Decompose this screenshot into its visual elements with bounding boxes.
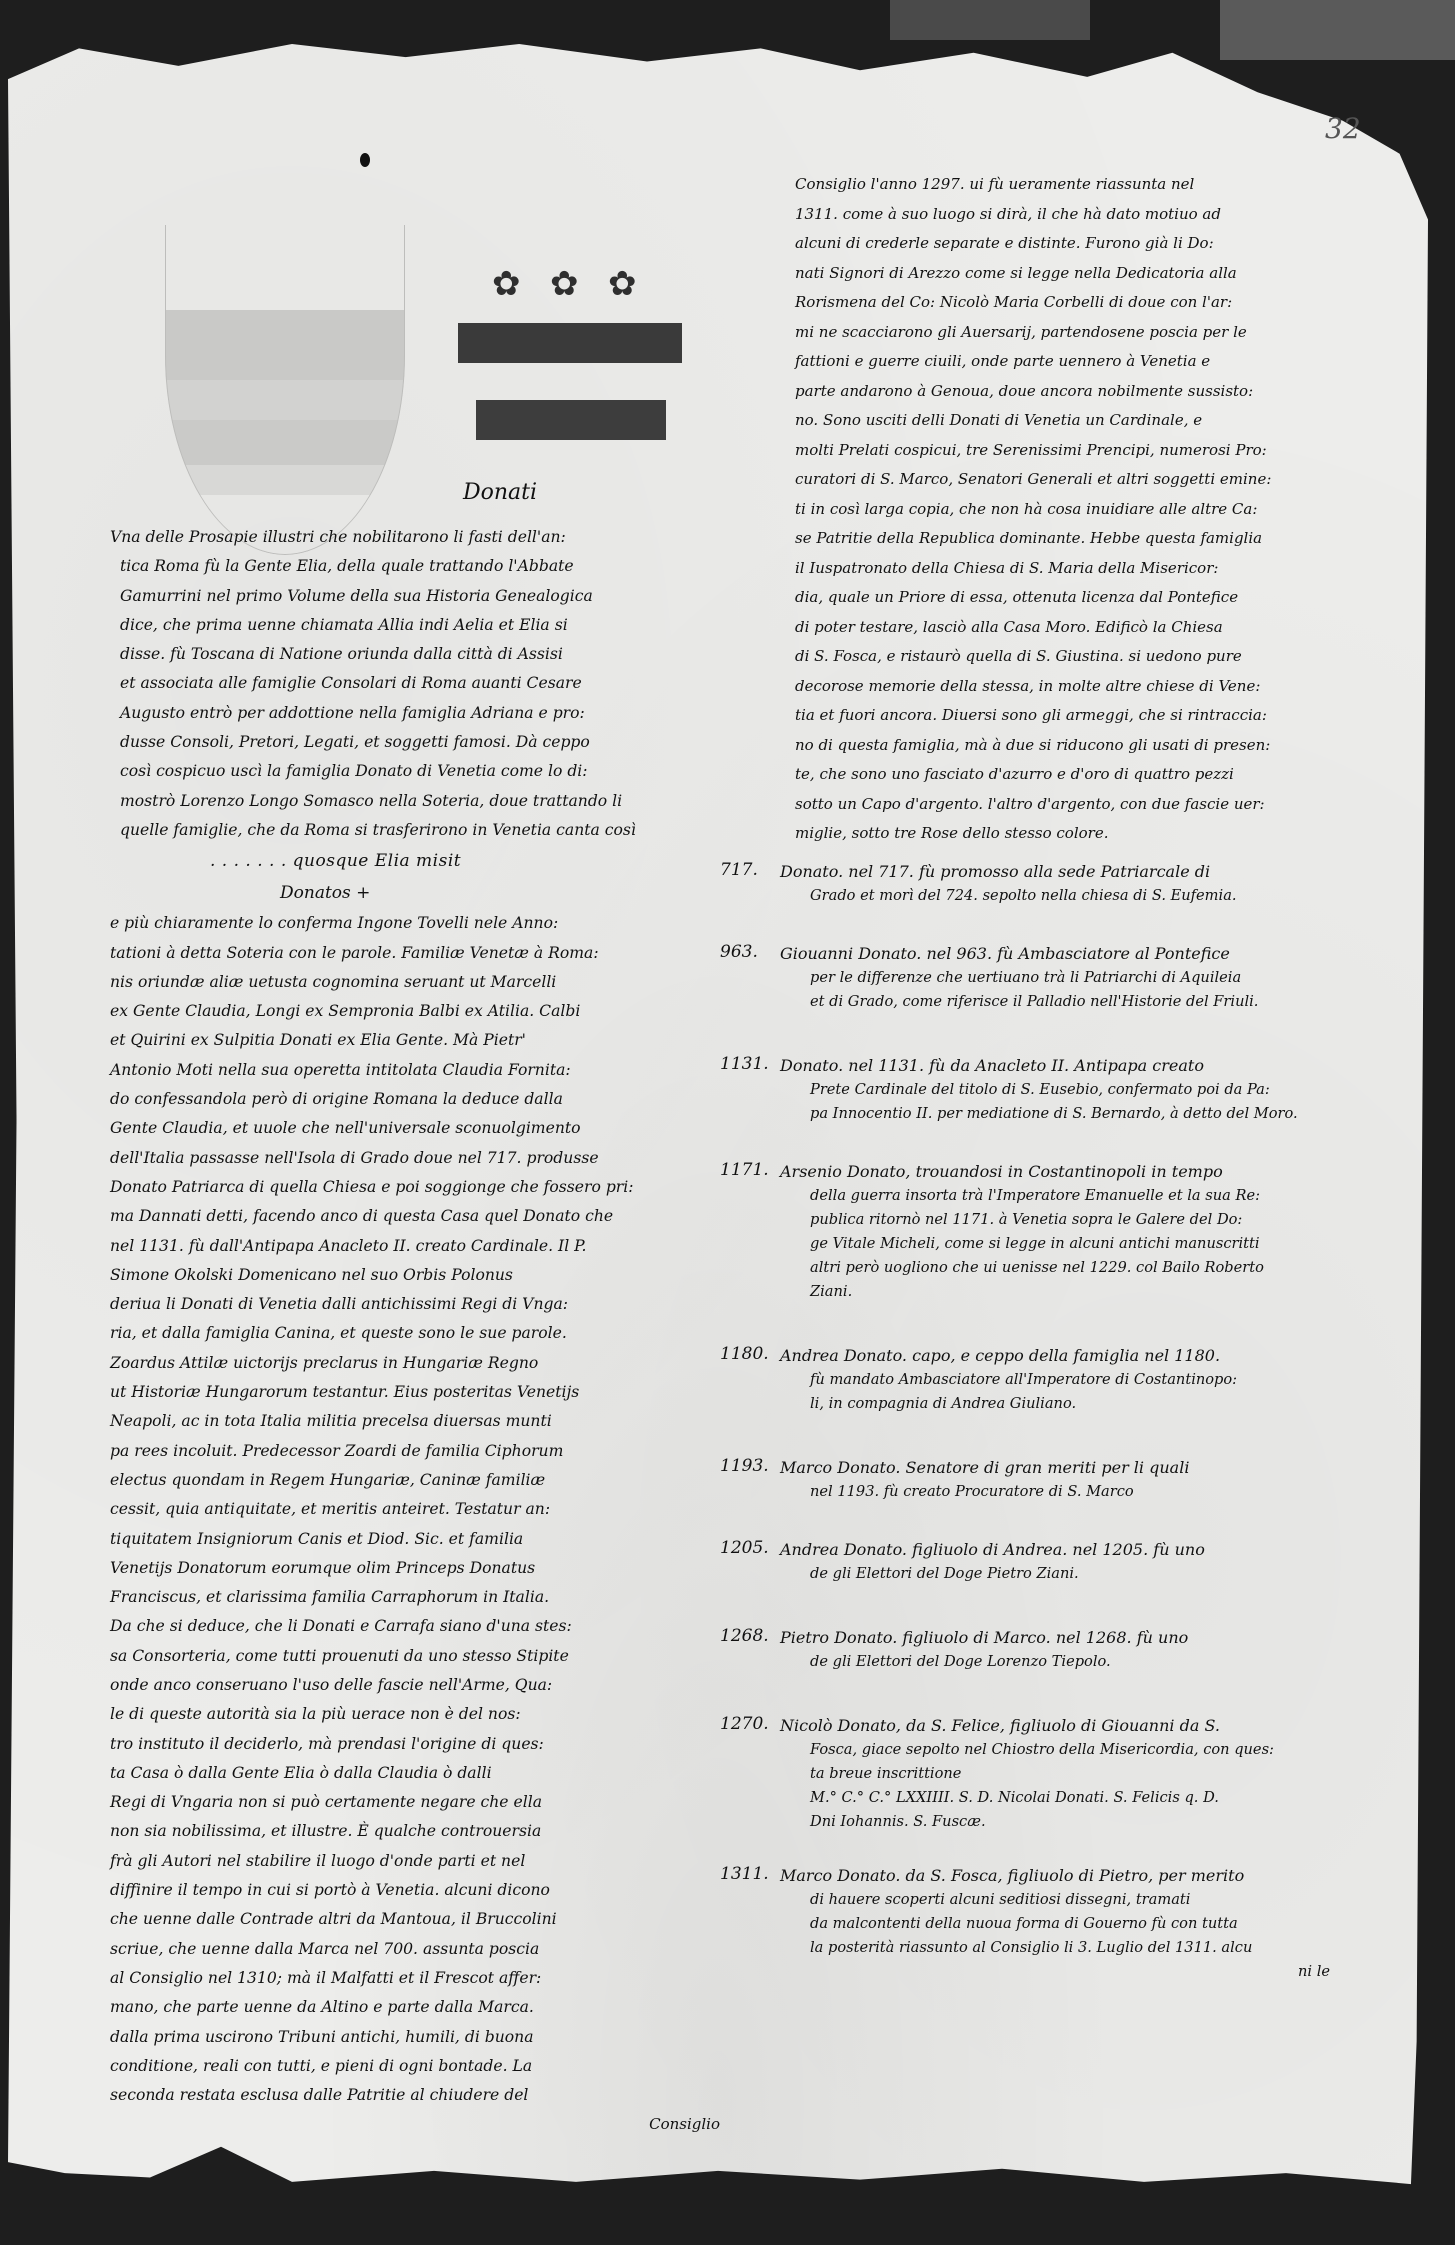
entry-line: della guerra insorta trà l'Imperatore Em… [780, 1184, 1400, 1208]
entry-line: Giouanni Donato. nel 963. fù Ambasciator… [780, 942, 1400, 966]
entry-line: Andrea Donato. capo, e ceppo della famig… [780, 1344, 1400, 1368]
text-line: quelle famiglie, che da Roma si trasferi… [110, 816, 770, 845]
text-line: fattioni e guerre ciuili, onde parte uen… [795, 347, 1375, 377]
text-line: non sia nobilissima, et illustre. È qual… [110, 1817, 770, 1846]
text-line: Rorismena del Co: Nicolò Maria Corbelli … [795, 288, 1375, 318]
entry-line: ge Vitale Micheli, come si legge in alcu… [780, 1232, 1400, 1256]
text-line: tationi à detta Soteria con le parole. F… [110, 939, 770, 968]
entry-body: Marco Donato. da S. Fosca, figliuolo di … [780, 1864, 1400, 1984]
entry-1268: 1268. Pietro Donato. figliuolo di Marco.… [720, 1626, 1400, 1674]
text-line: Venetijs Donatorum eorumque olim Princep… [110, 1554, 770, 1583]
shield-fess [458, 323, 682, 363]
text-line: al Consiglio nel 1310; mà il Malfatti et… [110, 1964, 770, 1993]
inscription-line: M.° C.° C.° LXXIIII. S. D. Nicolai Donat… [780, 1786, 1400, 1810]
verse-quote: Donatos + [110, 877, 770, 909]
text-line: no di questa famiglia, mà à due si riduc… [795, 731, 1375, 761]
entry-body: Arsenio Donato, trouandosi in Costantino… [780, 1160, 1400, 1304]
entry-1171: 1171. Arsenio Donato, trouandosi in Cost… [720, 1160, 1400, 1304]
entry-body: Nicolò Donato, da S. Felice, figliuolo d… [780, 1714, 1400, 1834]
text-line: dalla prima uscirono Tribuni antichi, hu… [110, 2023, 770, 2052]
entry-body: Pietro Donato. figliuolo di Marco. nel 1… [780, 1626, 1400, 1674]
text-line: Gente Claudia, et uuole che nell'univers… [110, 1114, 770, 1143]
text-line: Zoardus Attilæ uictorijs preclarus in Hu… [110, 1349, 770, 1378]
entry-year: 1180. [720, 1344, 775, 1364]
text-line: nati Signori di Arezzo come si legge nel… [795, 259, 1375, 289]
text-line: seconda restata esclusa dalle Patritie a… [110, 2081, 770, 2110]
text-line: no. Sono usciti delli Donati di Venetia … [795, 406, 1375, 436]
entry-body: Andrea Donato. figliuolo di Andrea. nel … [780, 1538, 1400, 1586]
rose-icon: ✿ [550, 267, 579, 301]
entry-line: altri però uogliono che ui uenisse nel 1… [780, 1256, 1400, 1280]
text-line: Simone Okolski Domenicano nel suo Orbis … [110, 1261, 770, 1290]
entry-body: Donato. nel 1131. fù da Anacleto II. Ant… [780, 1054, 1400, 1126]
entry-year: 963. [720, 942, 775, 962]
text-line: tica Roma fù la Gente Elia, della quale … [110, 552, 770, 581]
text-line: deriua li Donati di Venetia dalli antich… [110, 1290, 770, 1319]
entry-line: da malcontenti della nuoua forma di Goue… [780, 1912, 1400, 1936]
text-line: parte andarono à Genoua, doue ancora nob… [795, 377, 1375, 407]
entry-line: pa Innocentio II. per mediatione di S. B… [780, 1102, 1400, 1126]
entry-line: li, in compagnia di Andrea Giuliano. [780, 1392, 1400, 1416]
text-line: miglie, sotto tre Rose dello stesso colo… [795, 819, 1375, 849]
rose-icon: ✿ [492, 267, 521, 301]
entry-1270: 1270. Nicolò Donato, da S. Felice, figli… [720, 1714, 1400, 1834]
text-line: alcuni di crederle separate e distinte. … [795, 229, 1375, 259]
folio-number: 32 [1325, 112, 1361, 145]
entry-line: di hauere scoperti alcuni seditiosi diss… [780, 1888, 1400, 1912]
text-line: dell'Italia passasse nell'Isola di Grado… [110, 1144, 770, 1173]
genealogy-entries: 717. Donato. nel 717. fù promosso alla s… [720, 860, 1400, 2010]
text-line: Franciscus, et clarissima familia Carrap… [110, 1583, 770, 1612]
entry-line: Grado et morì del 724. sepolto nella chi… [780, 884, 1400, 908]
entry-line: fù mandato Ambasciatore all'Imperatore d… [780, 1368, 1400, 1392]
verse-quote: . . . . . . . quosque Elia misit [110, 845, 770, 877]
text-line: il Iuspatronato della Chiesa di S. Maria… [795, 554, 1375, 584]
entry-line: nel 1193. fù creato Procuratore di S. Ma… [780, 1480, 1400, 1504]
text-line: così cospicuo uscì la famiglia Donato di… [110, 757, 770, 786]
entry-line: et di Grado, come riferisce il Palladio … [780, 990, 1400, 1014]
intro-paragraph: Vna delle Prosapie illustri che nobilita… [110, 523, 770, 845]
entry-line: Arsenio Donato, trouandosi in Costantino… [780, 1160, 1400, 1184]
text-line: tia et fuori ancora. Diuersi sono gli ar… [795, 701, 1375, 731]
text-line: se Patritie della Republica dominante. H… [795, 524, 1375, 554]
text-line: mano, che parte uenne da Altino e parte … [110, 1993, 770, 2022]
entry-1131: 1131. Donato. nel 1131. fù da Anacleto I… [720, 1054, 1400, 1126]
entry-line: de gli Elettori del Doge Pietro Ziani. [780, 1562, 1400, 1586]
entry-line: Marco Donato. da S. Fosca, figliuolo di … [780, 1864, 1400, 1888]
text-line: le di queste autorità sia la più uerace … [110, 1700, 770, 1729]
text-line: sa Consorteria, come tutti prouenuti da … [110, 1642, 770, 1671]
text-line: do confessandola però di origine Romana … [110, 1085, 770, 1114]
text-line: disse. fù Toscana di Natione oriunda dal… [110, 640, 770, 669]
text-line: Regi di Vngaria non si può certamente ne… [110, 1788, 770, 1817]
entry-body: Andrea Donato. capo, e ceppo della famig… [780, 1344, 1400, 1416]
text-line: dusse Consoli, Pretori, Legati, et sogge… [110, 728, 770, 757]
text-line: Neapoli, ac in tota Italia militia prece… [110, 1407, 770, 1436]
text-line: di S. Fosca, e ristaurò quella di S. Giu… [795, 642, 1375, 672]
entry-year: 1131. [720, 1054, 775, 1074]
text-line: Consiglio l'anno 1297. ui fù ueramente r… [795, 170, 1375, 200]
page-title: Donati [230, 480, 770, 505]
rose-icon: ✿ [608, 267, 637, 301]
text-line: tro instituto il deciderlo, mà prendasi … [110, 1730, 770, 1759]
text-line: frà gli Autori nel stabilire il luogo d'… [110, 1847, 770, 1876]
text-line: te, che sono uno fasciato d'azurro e d'o… [795, 760, 1375, 790]
entry-line: de gli Elettori del Doge Lorenzo Tiepolo… [780, 1650, 1400, 1674]
text-line: ta Casa ò dalla Gente Elia ò dalla Claud… [110, 1759, 770, 1788]
inscription-line: Dni Iohannis. S. Fuscæ. [780, 1810, 1400, 1834]
right-column-continuation: Consiglio l'anno 1297. ui fù ueramente r… [795, 170, 1375, 849]
text-line: nis oriundæ aliæ uetusta cognomina serua… [110, 968, 770, 997]
entry-year: 1171. [720, 1160, 775, 1180]
entry-1205: 1205. Andrea Donato. figliuolo di Andrea… [720, 1538, 1400, 1586]
entry-line: Fosca, giace sepolto nel Chiostro della … [780, 1738, 1400, 1762]
text-line: Vna delle Prosapie illustri che nobilita… [110, 523, 770, 552]
text-line: Gamurrini nel primo Volume della sua His… [110, 582, 770, 611]
entry-1180: 1180. Andrea Donato. capo, e ceppo della… [720, 1344, 1400, 1416]
text-line: Da che si deduce, che li Donati e Carraf… [110, 1612, 770, 1641]
entry-line: Donato. nel 717. fù promosso alla sede P… [780, 860, 1400, 884]
entry-year: 1311. [720, 1864, 775, 1884]
text-line: ut Historiæ Hungarorum testantur. Eius p… [110, 1378, 770, 1407]
entry-body: Donato. nel 717. fù promosso alla sede P… [780, 860, 1400, 908]
entry-year: 1193. [720, 1456, 775, 1476]
text-line: decorose memorie della stessa, in molte … [795, 672, 1375, 702]
entry-body: Marco Donato. Senatore di gran meriti pe… [780, 1456, 1400, 1504]
text-line: 1311. come à suo luogo si dirà, il che h… [795, 200, 1375, 230]
entry-year: 717. [720, 860, 775, 880]
shield-fess [476, 400, 666, 440]
entry-line: publica ritornò nel 1171. à Venetia sopr… [780, 1208, 1400, 1232]
text-line: Antonio Moti nella sua operetta intitola… [110, 1056, 770, 1085]
text-line: dia, quale un Priore di essa, ottenuta l… [795, 583, 1375, 613]
text-line: ma Dannati detti, facendo anco di questa… [110, 1202, 770, 1231]
ink-dot [360, 153, 370, 167]
text-line: Donato Patriarca di quella Chiesa e poi … [110, 1173, 770, 1202]
left-column: Donati Vna delle Prosapie illustri che n… [110, 480, 770, 2140]
text-line: conditione, reali con tutti, e pieni di … [110, 2052, 770, 2081]
text-line: scriue, che uenne dalla Marca nel 700. a… [110, 1935, 770, 1964]
entry-line: la posterità riassunto al Consiglio li 3… [780, 1936, 1400, 1960]
entry-line: Pietro Donato. figliuolo di Marco. nel 1… [780, 1626, 1400, 1650]
text-line: ex Gente Claudia, Longi ex Sempronia Bal… [110, 997, 770, 1026]
text-line: diffinire il tempo in cui si portò à Ven… [110, 1876, 770, 1905]
text-line: molti Prelati cospicui, tre Serenissimi … [795, 436, 1375, 466]
entry-line: Donato. nel 1131. fù da Anacleto II. Ant… [780, 1054, 1400, 1078]
entry-year: 1270. [720, 1714, 775, 1734]
entry-body: Giouanni Donato. nel 963. fù Ambasciator… [780, 942, 1400, 1014]
text-line: nel 1131. fù dall'Antipapa Anacleto II. … [110, 1232, 770, 1261]
entry-963: 963. Giouanni Donato. nel 963. fù Ambasc… [720, 942, 1400, 1014]
entry-line: Marco Donato. Senatore di gran meriti pe… [780, 1456, 1400, 1480]
scan-backdrop-top-right [890, 0, 1090, 40]
text-line: et Quirini ex Sulpitia Donati ex Elia Ge… [110, 1026, 770, 1055]
text-line: pa rees incoluit. Predecessor Zoardi de … [110, 1437, 770, 1466]
continuation-paragraph: Consiglio l'anno 1297. ui fù ueramente r… [795, 170, 1375, 849]
text-line: curatori di S. Marco, Senatori Generali … [795, 465, 1375, 495]
entry-line: Andrea Donato. figliuolo di Andrea. nel … [780, 1538, 1400, 1562]
text-line: et associata alle famiglie Consolari di … [110, 669, 770, 698]
entry-1311: 1311. Marco Donato. da S. Fosca, figliuo… [720, 1864, 1400, 1984]
text-line: tiquitatem Insigniorum Canis et Diod. Si… [110, 1525, 770, 1554]
catchword: ni le [780, 1960, 1400, 1984]
text-line: cessit, quia antiquitate, et meritis ant… [110, 1495, 770, 1524]
scan-backdrop-corner [1220, 0, 1455, 60]
entry-line: ta breue inscrittione [780, 1762, 1400, 1786]
catchword: Consiglio [110, 2110, 770, 2139]
text-line: sotto un Capo d'argento. l'altro d'argen… [795, 790, 1375, 820]
text-line: ti in così larga copia, che non hà cosa … [795, 495, 1375, 525]
text-line: mi ne scacciarono gli Auersarij, partend… [795, 318, 1375, 348]
entry-line: Ziani. [780, 1280, 1400, 1304]
text-line: ria, et dalla famiglia Canina, et queste… [110, 1319, 770, 1348]
text-line: mostrò Lorenzo Longo Somasco nella Soter… [110, 787, 770, 816]
entry-line: per le differenze che uertiuano trà li P… [780, 966, 1400, 990]
entry-line: Prete Cardinale del titolo di S. Eusebio… [780, 1078, 1400, 1102]
text-line: Augusto entrò per addottione nella famig… [110, 699, 770, 728]
text-line: che uenne dalle Contrade altri da Mantou… [110, 1905, 770, 1934]
entry-year: 1268. [720, 1626, 775, 1646]
text-line: e più chiaramente lo conferma Ingone Tov… [110, 909, 770, 938]
text-line: di poter testare, lasciò alla Casa Moro.… [795, 613, 1375, 643]
text-line: dice, che prima uenne chiamata Allia ind… [110, 611, 770, 640]
entry-717: 717. Donato. nel 717. fù promosso alla s… [720, 860, 1400, 908]
entry-line: Nicolò Donato, da S. Felice, figliuolo d… [780, 1714, 1400, 1738]
body-paragraph: e più chiaramente lo conferma Ingone Tov… [110, 909, 770, 2139]
entry-1193: 1193. Marco Donato. Senatore di gran mer… [720, 1456, 1400, 1504]
text-line: electus quondam in Regem Hungariæ, Canin… [110, 1466, 770, 1495]
text-line: onde anco conseruano l'uso delle fascie … [110, 1671, 770, 1700]
entry-year: 1205. [720, 1538, 775, 1558]
